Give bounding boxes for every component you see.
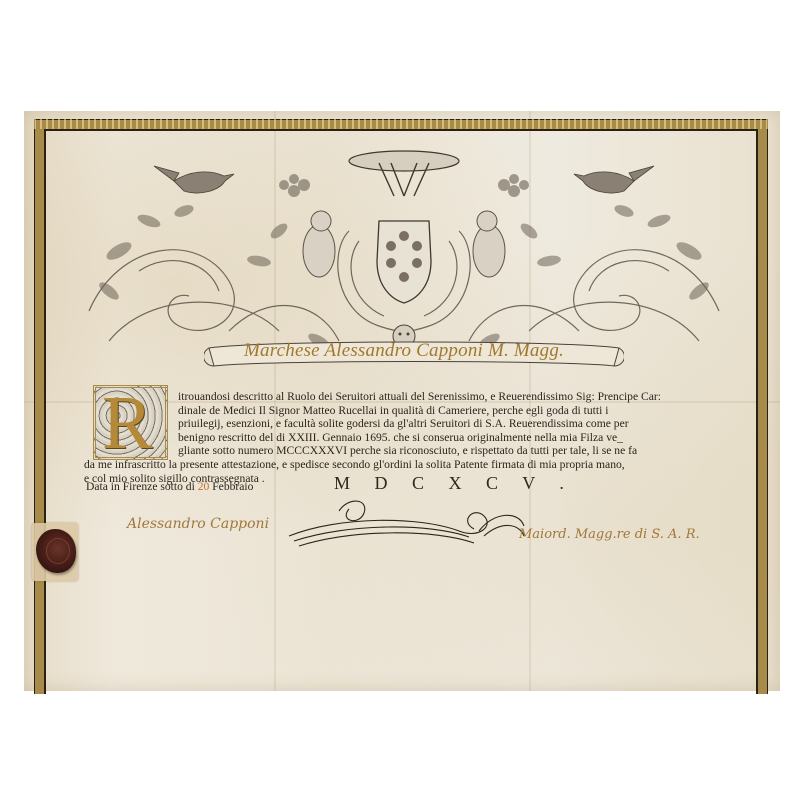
- putto-left: [303, 225, 335, 277]
- body-line-1: itrouandosi descritto al Ruolo dei Serui…: [178, 390, 778, 404]
- calligraphic-flourish: [279, 491, 529, 561]
- bird-left-icon: [154, 166, 234, 193]
- body-line-3: priuilegij, esenzioni, e facultà solite …: [178, 417, 778, 431]
- wax-seal-icon: [36, 529, 76, 573]
- signature-left: Alessandro Capponi: [127, 516, 269, 532]
- cardinal-hat-icon: [349, 151, 459, 196]
- putto-right: [473, 225, 505, 277]
- date-prefix: Data in Firenze sotto di: [86, 480, 195, 493]
- body-line-6: da me infrascritto la presente attestazi…: [84, 458, 684, 472]
- body-line-2: dinale de Medici Il Signor Matteo Rucell…: [178, 404, 778, 418]
- bird-right-icon: [574, 166, 654, 193]
- banner-title: Marchese Alessandro Capponi M. Magg.: [244, 340, 564, 362]
- body-line-5: gliante sotto numero MCCCXXXVI perche si…: [178, 444, 778, 458]
- date-line: Data in Firenze sotto di 20 Febbraio: [86, 480, 253, 493]
- medici-coat-of-arms-icon: [377, 221, 431, 303]
- body-line-4: benigno rescritto del di XXIII. Gennaio …: [178, 431, 778, 445]
- document-body: itrouandosi descritto al Ruolo dei Serui…: [178, 390, 778, 485]
- document-sheet: Marchese Alessandro Capponi M. Magg. R i…: [24, 111, 780, 691]
- date-month: Febbraio: [212, 480, 253, 493]
- illuminated-initial: R: [93, 385, 168, 460]
- initial-letter: R: [102, 385, 153, 460]
- date-day: 20: [198, 480, 210, 493]
- engraved-headpiece-illustration: [79, 141, 729, 366]
- signature-right: Maiord. Magg.re di S. A. R.: [519, 527, 700, 542]
